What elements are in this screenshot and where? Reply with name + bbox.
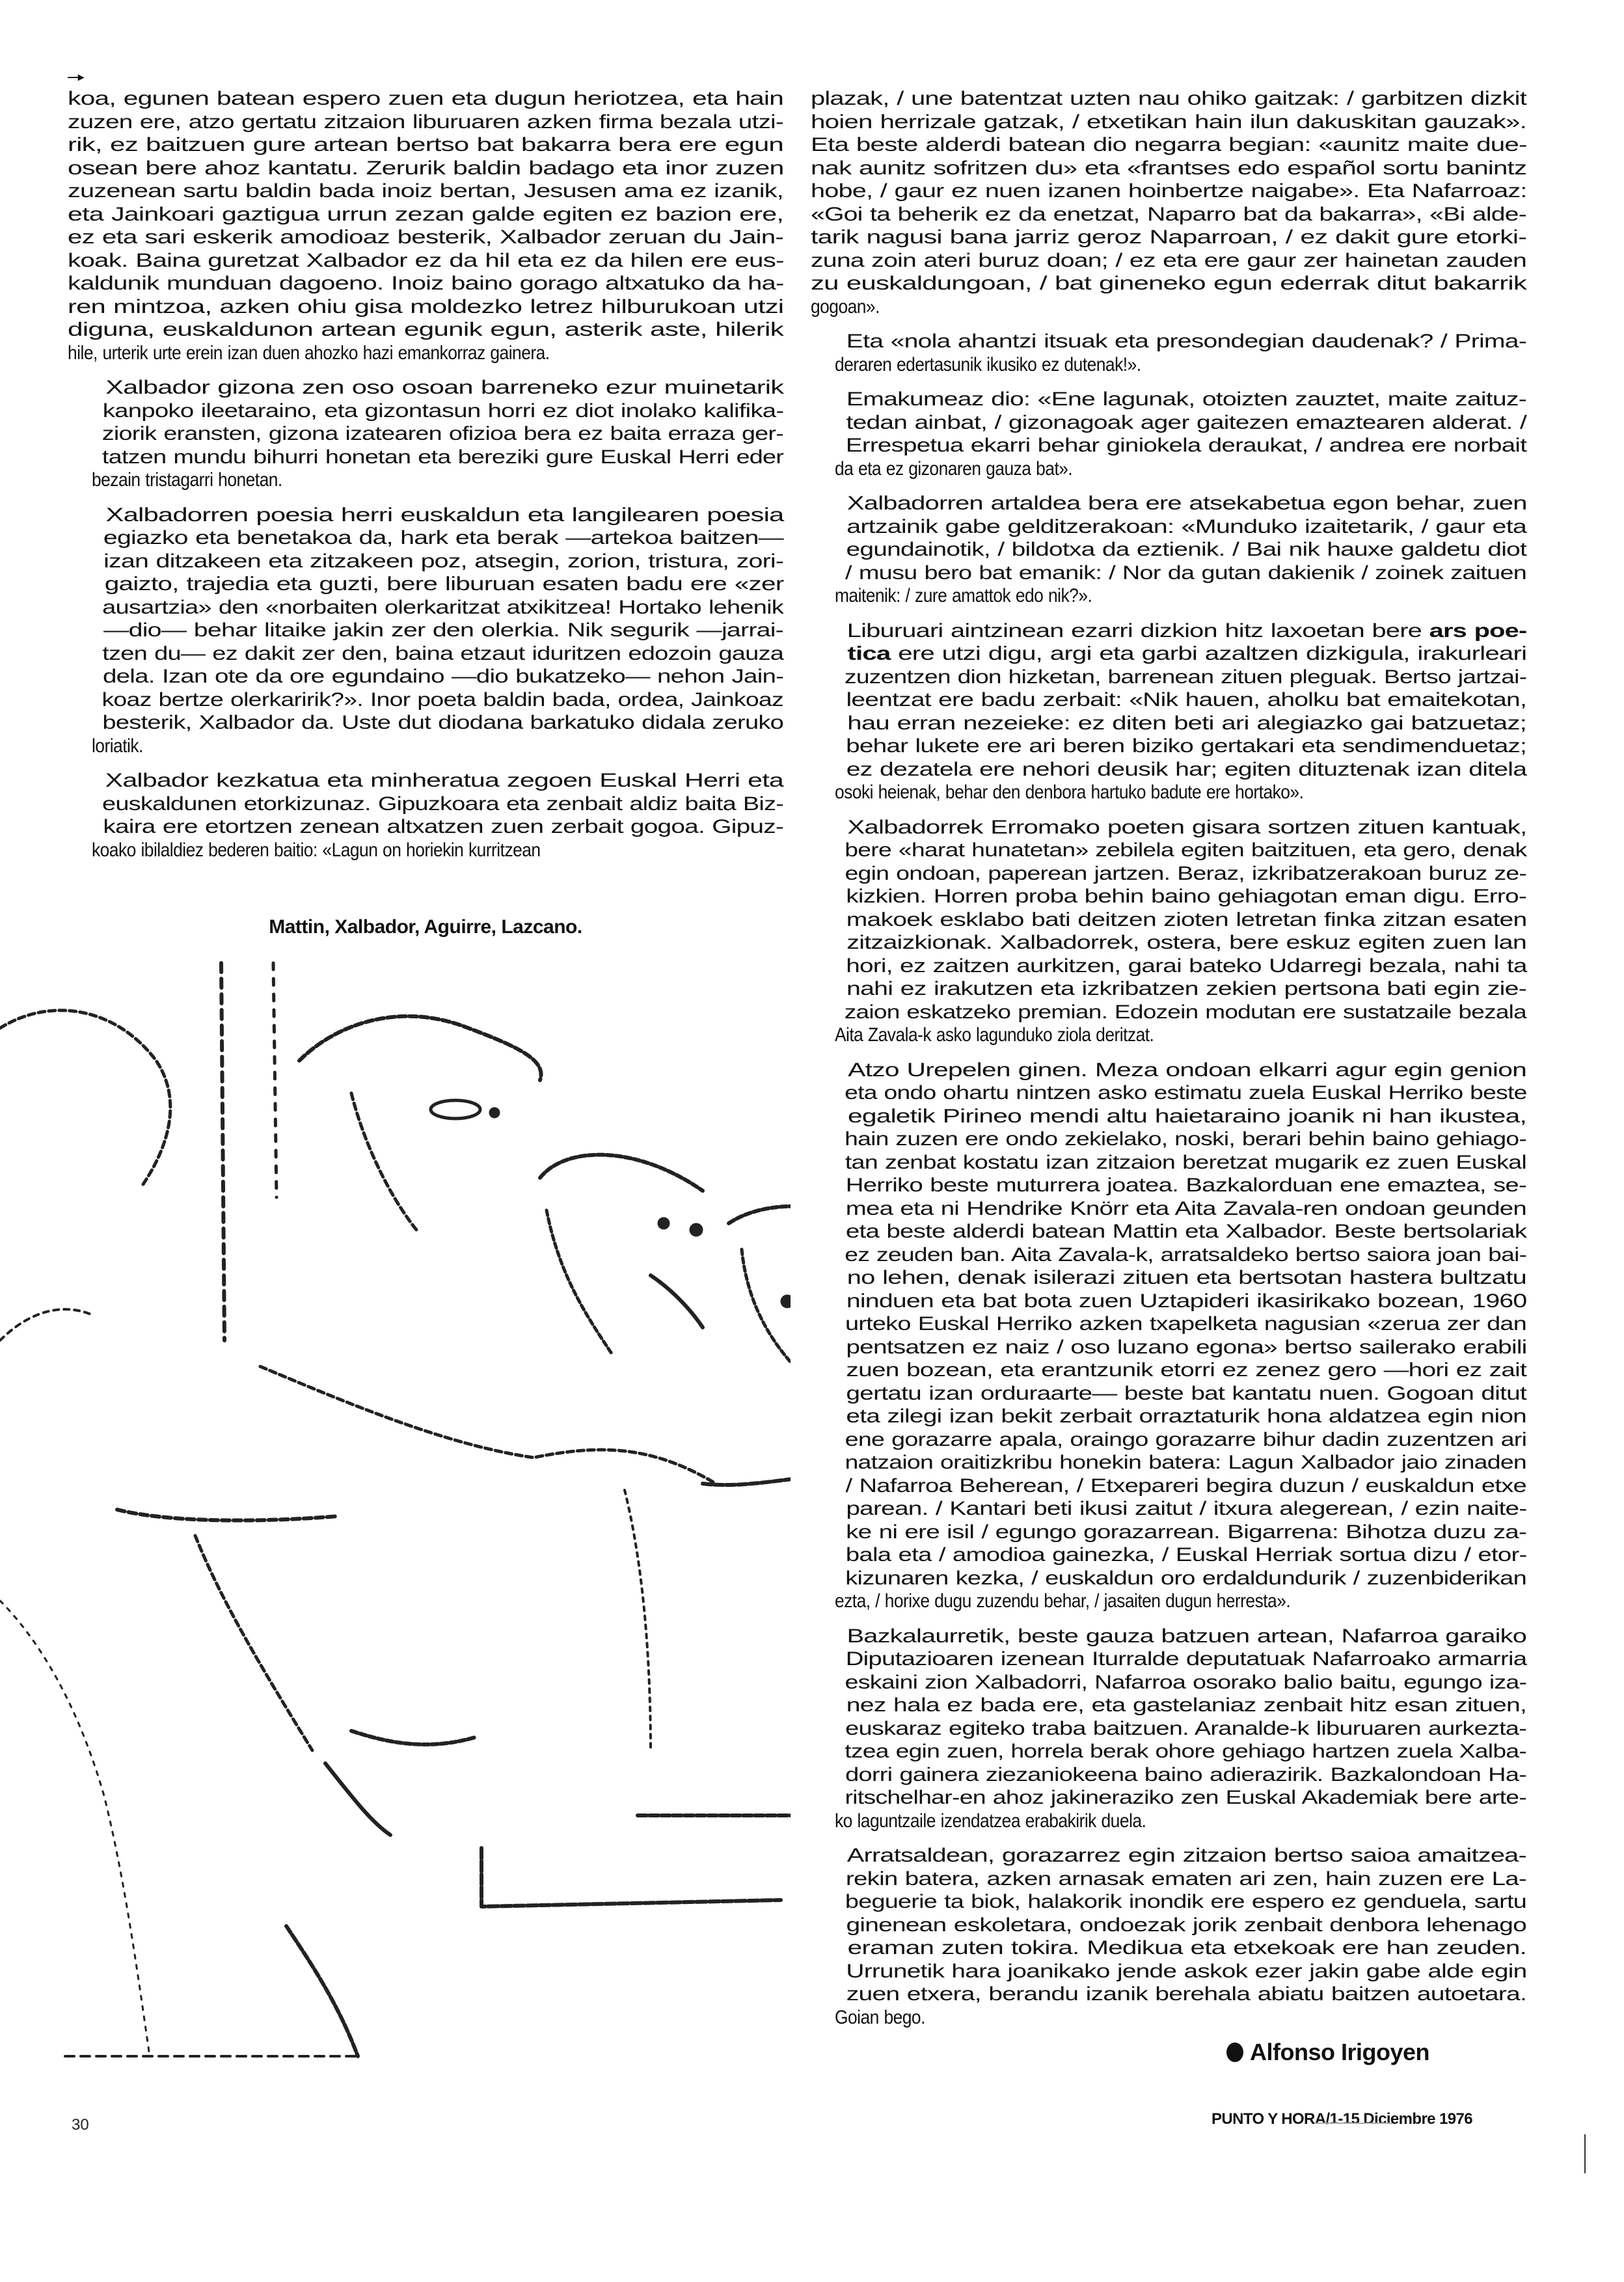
text-line: Liburuari aintzinean ezarri dizkion hitz… xyxy=(811,619,1526,643)
text-line: koako ibilaldiez bederen baitio: «Lagun … xyxy=(68,839,783,862)
text-line: dorri gainera ziezaniokeena baino adiera… xyxy=(811,1763,1526,1787)
text-line: egaletik Pirineo mendi altu haietaraino … xyxy=(811,1105,1526,1128)
text-line: eraman zuten tokira. Medikua eta etxekoa… xyxy=(811,1936,1526,1960)
magazine-page: —▸ koa, egunen batean espero zuen eta du… xyxy=(0,0,1624,2282)
text-line: ezta, / horixe dugu zuzendu behar, / jas… xyxy=(811,1590,1526,1613)
text-line: da eta ez gizonaren gauza bat». xyxy=(811,457,1526,481)
text-line: Eta «nola ahantzi itsuak eta presondegia… xyxy=(811,330,1526,353)
text-line: tan zenbat kostatu izan zitzaion beretza… xyxy=(811,1151,1526,1175)
text-line: tatzen mundu bihurri honetan eta berezik… xyxy=(68,446,783,469)
text-line: hau erran nezeieke: ez diten beti ari al… xyxy=(811,712,1526,735)
text-line: besterik, Xalbador da. Uste dut diodana … xyxy=(68,711,783,735)
text-line: nahi ez irakutzen eta izkribatzen zekien… xyxy=(811,977,1526,1001)
text-line: diguna, euskaldunon artean egunik egun, … xyxy=(68,318,783,342)
text-line: gaizto, trajedia eta guzti, bere liburua… xyxy=(68,573,783,596)
text-line: rekin batera, azken arnasak ematen ari z… xyxy=(811,1868,1526,1891)
text-line: zuzenean sartu baldin bada inoiz bertan,… xyxy=(68,180,783,203)
text-line: no lehen, denak isilerazi zituen eta ber… xyxy=(811,1266,1526,1290)
text-line: tzea egin zuen, horrela berak ohore gehi… xyxy=(811,1740,1526,1763)
article-paragraph: Arratsaldean, gorazarrez egin zitzaion b… xyxy=(811,1844,1526,2029)
text-line: natzaion oraitizkribu honekin batera: La… xyxy=(811,1451,1526,1474)
text-line: Diputazioaren izenean Iturralde deputatu… xyxy=(811,1648,1526,1671)
text-line: eta beste alderdi batean Mattin eta Xalb… xyxy=(811,1220,1526,1243)
text-line: Atzo Urepelen ginen. Meza ondoan elkarri… xyxy=(811,1059,1526,1082)
text-line: mea eta ni Hendrike Knörr eta Aita Zaval… xyxy=(811,1197,1526,1221)
bertsolaris-photo xyxy=(0,950,791,2115)
text-line: rik, ez baitzuen gure artean bertso bat … xyxy=(68,133,783,157)
text-line: makoek esklabo bati deitzen zioten letre… xyxy=(811,908,1526,932)
text-line: eta Jainkoari gaztigua urrun zezan galde… xyxy=(68,203,783,226)
text-line: Xalbadorrek Erromako poeten gisara sortz… xyxy=(811,816,1526,839)
scan-artifact xyxy=(1314,2123,1392,2124)
article-paragraph: Xalbadorren poesia herri euskaldun eta l… xyxy=(68,504,783,758)
photo-caption: Mattin, Xalbador, Aguirre, Lazcano. xyxy=(68,916,783,938)
publication-footer: PUNTO Y HORA/1-15 Diciembre 1976 xyxy=(1211,2110,1472,2128)
text-line: Xalbador gizona zen oso osoan barreneko … xyxy=(68,376,783,400)
text-line: koa, egunen batean espero zuen eta dugun… xyxy=(68,87,783,111)
article-paragraph: Xalbadorren artaldea bera ere atsekabetu… xyxy=(811,492,1526,608)
text-line: Urrunetik hara joanikako jende askok eze… xyxy=(811,1960,1526,1983)
scan-artifact xyxy=(1584,2134,1586,2173)
text-line: ziorik eransten, gizona izatearen ofizio… xyxy=(68,422,783,446)
text-line: koaz bertze olerkaririk?». Inor poeta ba… xyxy=(68,688,783,712)
text-line: zaion eskatzeko premian. Edozein modutan… xyxy=(811,1001,1526,1024)
text-line: hobe, / gaur ez nuen izanen hoinbertze n… xyxy=(811,180,1526,203)
article-paragraph: koa, egunen batean espero zuen eta dugun… xyxy=(68,87,783,364)
text-line: loriatik. xyxy=(68,735,783,758)
article-paragraph: Emakumeaz dio: «Ene lagunak, otoizten za… xyxy=(811,388,1526,480)
text-line: kizkien. Horren proba behin baino gehiag… xyxy=(811,885,1526,908)
text-line: artzainik gabe gelditzerakoan: «Munduko … xyxy=(811,515,1526,539)
continuation-arrow-icon: —▸ xyxy=(68,70,83,84)
page-number: 30 xyxy=(72,2116,89,2134)
author-name: Alfonso Irigoyen xyxy=(1250,2039,1429,2066)
text-line: —dio— behar litaike jakin zer den olerki… xyxy=(68,619,783,642)
text-line: behar lukete ere ari beren biziko gertak… xyxy=(811,735,1526,758)
text-line: ausartzia» den «norbaiten olerkaritzat a… xyxy=(68,596,783,619)
text-line: bala eta / amodioa gainezka, / Euskal He… xyxy=(811,1543,1526,1567)
text-line: «Goi ta beherik ez da enetzat, Naparro b… xyxy=(811,203,1526,226)
text-line: zuna zoin ateri buruz doan; / ez eta ere… xyxy=(811,249,1526,273)
text-line: Arratsaldean, gorazarrez egin zitzaion b… xyxy=(811,1844,1526,1868)
text-line: zuzen ere, atzo gertatu zitzaion liburua… xyxy=(68,111,783,134)
text-line: ginenean eskoletara, ondoezak jorik zenb… xyxy=(811,1914,1526,1937)
text-line: tica ere utzi digu, argi eta garbi azalt… xyxy=(811,642,1526,666)
text-line: euskaldunen etorkizunaz. Gipuzkoara eta … xyxy=(68,793,783,816)
text-line: Eta beste alderdi batean dio negarra beg… xyxy=(811,133,1526,157)
text-line: nak aunitz sofritzen du» eta «frantses e… xyxy=(811,157,1526,180)
text-line: egiazko eta benetakoa da, hark eta berak… xyxy=(68,526,783,550)
text-line: kaldunik munduan dagoeno. Inoiz baino go… xyxy=(68,272,783,295)
text-line: urteko Euskal Herriko azken txapelketa n… xyxy=(811,1312,1526,1336)
text-line: ninduen eta bat bota zuen Uztapideri ika… xyxy=(811,1290,1526,1313)
text-line: egundainotik, / bildotxa da eztienik. / … xyxy=(811,538,1526,562)
text-line: gogoan». xyxy=(811,295,1526,319)
text-line: zitzaizkionak. Xalbadorrek, ostera, bere… xyxy=(811,931,1526,955)
text-line: Errespetua ekarri behar giniokela derauk… xyxy=(811,434,1526,457)
text-line: kaira ere etortzen zenean altxatzen zuen… xyxy=(68,815,783,839)
text-line: / musu bero bat emanik: / Nor da gutan d… xyxy=(811,562,1526,585)
text-line: Xalbadorren poesia herri euskaldun eta l… xyxy=(68,504,783,527)
text-line: Xalbador kezkatua eta minheratua zegoen … xyxy=(68,769,783,793)
text-line: kanpoko ileetaraino, eta gizontasun horr… xyxy=(68,400,783,423)
text-line: ez zeuden ban. Aita Zavala-k, arratsalde… xyxy=(811,1243,1526,1267)
text-line: tedan ainbat, / gizonagoak ager gaitezen… xyxy=(811,411,1526,435)
text-line: ko laguntzaile izendatzea erabakirik due… xyxy=(811,1810,1526,1833)
text-line: gertatu izan orduraarte— beste bat kanta… xyxy=(811,1382,1526,1406)
text-line: Bazkalaurretik, beste gauza batzuen arte… xyxy=(811,1625,1526,1648)
text-line: hori, ez zaitzen aurkitzen, garai bateko… xyxy=(811,955,1526,978)
article-paragraph: plazak, / une batentzat uzten nau ohiko … xyxy=(811,87,1526,318)
text-line: tzen du— ez dakit zer den, baina etzaut … xyxy=(68,642,783,666)
left-text-column: koa, egunen batean espero zuen eta dugun… xyxy=(68,87,783,873)
text-line: tarik nagusi bana jarriz geroz Naparroan… xyxy=(811,226,1526,249)
text-line: kizunaren kezka, / euskaldun oro erdaldu… xyxy=(811,1567,1526,1590)
text-line: egin ondoan, paperean jartzen. Beraz, iz… xyxy=(811,862,1526,886)
text-line: eta zilegi izan bekit zerbait orraztatur… xyxy=(811,1405,1526,1428)
article-paragraph: Bazkalaurretik, beste gauza batzuen arte… xyxy=(811,1625,1526,1833)
text-line: zuen etxera, berandu izanik berehala abi… xyxy=(811,1983,1526,2006)
text-line: eskaini zion Xalbadorri, Nafarroa osorak… xyxy=(811,1671,1526,1694)
text-line: Aita Zavala-k asko lagunduko ziola derit… xyxy=(811,1024,1526,1047)
text-line: osean bere ahoz kantatu. Zerurik baldin … xyxy=(68,157,783,180)
text-line: maitenik: / zure amattok edo nik?». xyxy=(811,584,1526,608)
text-line: ez eta sari eskerik amodioaz besterik, X… xyxy=(68,226,783,249)
text-line: bezain tristagarri honetan. xyxy=(68,469,783,492)
text-line: Goian bego. xyxy=(811,2006,1526,2030)
text-line: zuzentzen dion hizketan, barrenean zitue… xyxy=(811,666,1526,689)
text-line: parean. / Kantari beti ikusi zaitut / it… xyxy=(811,1497,1526,1521)
article-paragraph: Eta «nola ahantzi itsuak eta presondegia… xyxy=(811,330,1526,376)
text-line: deraren edertasunik ikusiko ez dutenak!»… xyxy=(811,353,1526,377)
photo-illustration xyxy=(0,950,791,2115)
text-line: hain zuzen ere ondo zekielako, noski, be… xyxy=(811,1128,1526,1151)
author-signature: Alfonso Irigoyen xyxy=(1226,2039,1429,2066)
text-line: hoien herrizale gatzak, / etxetikan hain… xyxy=(811,111,1526,134)
text-line: euskaraz egiteko traba baitzuen. Aranald… xyxy=(811,1717,1526,1741)
text-line: plazak, / une batentzat uzten nau ohiko … xyxy=(811,87,1526,111)
text-line: ritschelhar-en ahoz jakineraziko zen Eus… xyxy=(811,1786,1526,1810)
text-line: Xalbadorren artaldea bera ere atsekabetu… xyxy=(811,492,1526,515)
article-paragraph: Xalbador gizona zen oso osoan barreneko … xyxy=(68,376,783,492)
text-line: koak. Baina guretzat Xalbador ez da hil … xyxy=(68,249,783,273)
text-line: Emakumeaz dio: «Ene lagunak, otoizten za… xyxy=(811,388,1526,411)
bold-phrase: ars poe- xyxy=(1429,620,1527,642)
text-line: / Nafarroa Beherean, / Etxepareri begira… xyxy=(811,1474,1526,1498)
text-line: eta ondo ohartu nintzen asko estimatu zu… xyxy=(811,1081,1526,1105)
text-line: zuen bozean, eta erantzunik etorri ez ze… xyxy=(811,1359,1526,1382)
text-line: ene gorazarre apala, oraingo gorazarre b… xyxy=(811,1428,1526,1452)
text-line: hile, urterik urte erein izan duen ahozk… xyxy=(68,342,783,365)
text-line: bere «harat hunatetan» zebilela egiten b… xyxy=(811,839,1526,862)
text-line: nez hala ez bada ere, eta gastelaniaz ze… xyxy=(811,1694,1526,1717)
text-line: Herriko beste muturrera joatea. Bazkalor… xyxy=(811,1174,1526,1197)
text-line: dela. Izan ote da ore egundaino —dio buk… xyxy=(68,665,783,688)
bold-phrase: tica xyxy=(847,643,890,664)
text-line: osoki heienak, behar den denbora hartuko… xyxy=(811,781,1526,804)
right-text-column: plazak, / une batentzat uzten nau ohiko … xyxy=(811,87,1526,2041)
text-line: izan ditzakeen eta zitzakeen poz, atsegi… xyxy=(68,550,783,573)
bullet-circle-icon xyxy=(1226,2043,1243,2062)
article-paragraph: Atzo Urepelen ginen. Meza ondoan elkarri… xyxy=(811,1059,1526,1613)
text-line: beguerie ta biok, halakorik inondik ere … xyxy=(811,1890,1526,1914)
text-line: pentsatzen ez naiz / oso luzano egona» b… xyxy=(811,1336,1526,1359)
article-paragraph: Xalbadorrek Erromako poeten gisara sortz… xyxy=(811,816,1526,1047)
text-line: ren mintzoa, azken ohiu gisa moldezko le… xyxy=(68,295,783,319)
text-line: zu euskaldungoan, / bat gineneko egun ed… xyxy=(811,272,1526,295)
text-line: ke ni ere isil / egungo gorazarrean. Big… xyxy=(811,1521,1526,1544)
text-line: leentzat ere badu zerbait: «Nik hauen, a… xyxy=(811,688,1526,712)
article-paragraph: Liburuari aintzinean ezarri dizkion hitz… xyxy=(811,619,1526,804)
text-line: ez dezatela ere nehori deusik har; egite… xyxy=(811,758,1526,781)
article-paragraph: Xalbador kezkatua eta minheratua zegoen … xyxy=(68,769,783,862)
